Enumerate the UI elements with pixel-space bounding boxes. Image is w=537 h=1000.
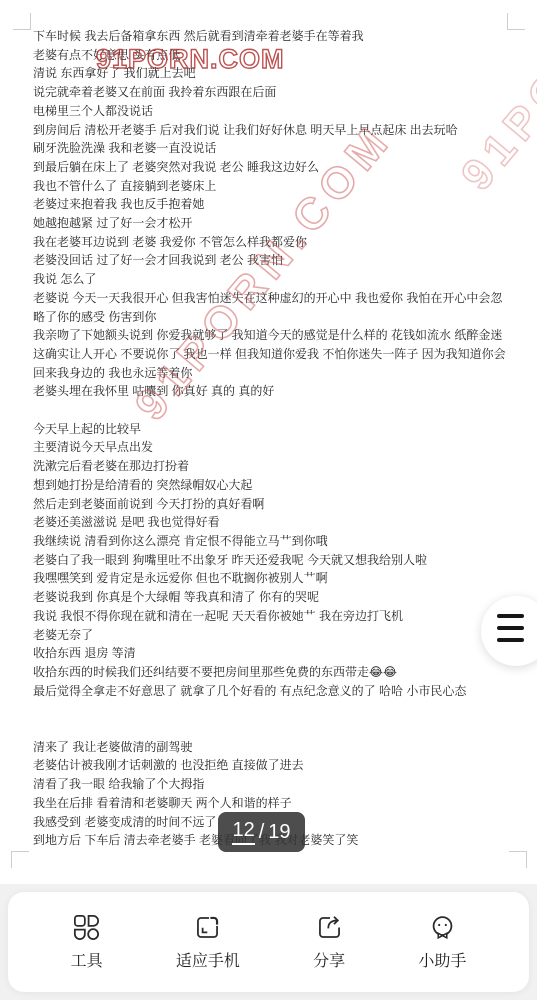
text-line: 我也不管什么了 直接躺到老婆床上 — [33, 177, 514, 196]
text-line: 洗漱完后看老婆在那边打扮着 — [33, 457, 514, 476]
text-line: 老婆过来抱着我 我也反手抱着她 — [33, 195, 514, 214]
text-line: 到最后躺在床上了 老婆突然对我说 老公 睡我这边好么 — [33, 158, 514, 177]
text-line: 主要清说今天早点出发 — [33, 438, 514, 457]
text-line: 刷牙洗脸洗澡 我和老婆一直没说话 — [33, 139, 514, 158]
text-line: 我亲吻了下她额头说到 你爱我就够了 我知道今天的感觉是什么样的 花钱如流水 纸醉… — [33, 326, 514, 382]
page-indicator-badge[interactable]: 12 / 19 — [218, 812, 305, 852]
text-line: 老婆说我到 你真是个大绿帽 等我真和清了 你有的哭呢 — [33, 588, 514, 607]
text-line: 我说 怎么了 — [33, 270, 514, 289]
text-line: 老婆估计被我刚才话刺激的 也没拒绝 直接做了进去 — [33, 756, 514, 775]
text-line — [33, 700, 514, 719]
text-line: 到房间后 清松开老婆手 后对我们说 让我们好好休息 明天早上早点起床 出去玩哈 — [33, 121, 514, 140]
text-line: 说完就牵着老婆又在前面 我拎着东西跟在后面 — [33, 83, 514, 102]
text-line: 清说 东西拿好了 我们就上去吧 — [33, 64, 514, 83]
crop-corner-bottom-left — [11, 851, 29, 868]
toolbar-item-tools[interactable]: 工具 — [71, 914, 103, 971]
assistant-icon — [429, 914, 456, 941]
text-line: 她越抱越紧 过了好一会才松开 — [33, 214, 514, 233]
text-line: 老婆有点不好意思 头有点低 — [33, 46, 514, 65]
bottom-toolbar: 工具 适应手机 分享 — [8, 892, 529, 992]
text-line: 老婆没回话 过了好一会才回我说到 老公 我害怕 — [33, 251, 514, 270]
text-line: 电梯里三个人都没说话 — [33, 102, 514, 121]
toolbar-item-share[interactable]: 分享 — [313, 914, 345, 971]
document-text: 下车时候 我去后备箱拿东西 然后就看到清牵着老婆手在等着我老婆有点不好意思 头有… — [33, 27, 514, 850]
text-line: 下车时候 我去后备箱拿东西 然后就看到清牵着老婆手在等着我 — [33, 27, 514, 46]
text-line: 想到她打扮是给清看的 突然绿帽奴心大起 — [33, 476, 514, 495]
toolbar-item-label: 适应手机 — [176, 948, 240, 971]
text-line: 老婆说 今天一天我很开心 但我害怕迷失在这种虚幻的开心中 我也爱你 我怕在开心中… — [33, 289, 514, 326]
text-line: 清来了 我让老婆做清的副驾驶 — [33, 738, 514, 757]
toolbar-item-fit-phone[interactable]: 适应手机 — [176, 914, 240, 971]
text-line: 我嘿嘿笑到 爱肯定是永远爱你 但也不耽搁你被别人艹啊 — [33, 569, 514, 588]
toolbar-item-label: 工具 — [71, 948, 103, 971]
text-line: 收拾东西 退房 等清 — [33, 644, 514, 663]
text-line: 我说 我恨不得你现在就和清在一起呢 天天看你被她艹 我在旁边打飞机 — [33, 607, 514, 626]
share-icon — [316, 914, 343, 941]
tools-grid-icon — [73, 914, 100, 941]
toolbar-item-assistant[interactable]: 小助手 — [418, 914, 466, 971]
text-line: 收拾东西的时候我们还纠结要不要把房间里那些免费的东西带走😂😂 — [33, 663, 514, 682]
page-total: 19 — [268, 821, 290, 844]
text-line: 我坐在后排 看着清和老婆聊天 两个人和谐的样子 — [33, 794, 514, 813]
text-line: 老婆头埋在我怀里 咕囔到 你真好 真的 真的好 — [33, 382, 514, 401]
text-line: 老婆无奈了 — [33, 626, 514, 645]
page-current: 12 — [232, 819, 254, 845]
text-line: 清看了我一眼 给我输了个大拇指 — [33, 775, 514, 794]
text-line: 老婆白了我一眼到 狗嘴里吐不出象牙 昨天还爱我呢 今天就又想我给别人啦 — [33, 551, 514, 570]
toolbar-item-label: 分享 — [313, 948, 345, 971]
text-line: 最后觉得全拿走不好意思了 就拿了几个好看的 有点纪念意义的了 哈哈 小市民心态 — [33, 682, 514, 701]
crop-corner-bottom-right — [509, 851, 527, 868]
text-line: 然后走到老婆面前说到 今天打扮的真好看啊 — [33, 495, 514, 514]
text-line — [33, 401, 514, 420]
text-line: 我在老婆耳边说到 老婆 我爱你 不管怎么样我都爱你 — [33, 233, 514, 252]
page-separator: / — [259, 821, 265, 844]
text-line: 我继续说 清看到你这么漂亮 肯定恨不得能立马艹到你哦 — [33, 532, 514, 551]
toolbar-item-label: 小助手 — [418, 948, 466, 971]
text-line: 老婆还美滋滋说 是吧 我也觉得好看 — [33, 513, 514, 532]
text-line — [33, 719, 514, 738]
crop-corner-top-left — [13, 13, 31, 30]
text-line: 今天早上起的比较早 — [33, 420, 514, 439]
fit-phone-icon — [194, 914, 221, 941]
